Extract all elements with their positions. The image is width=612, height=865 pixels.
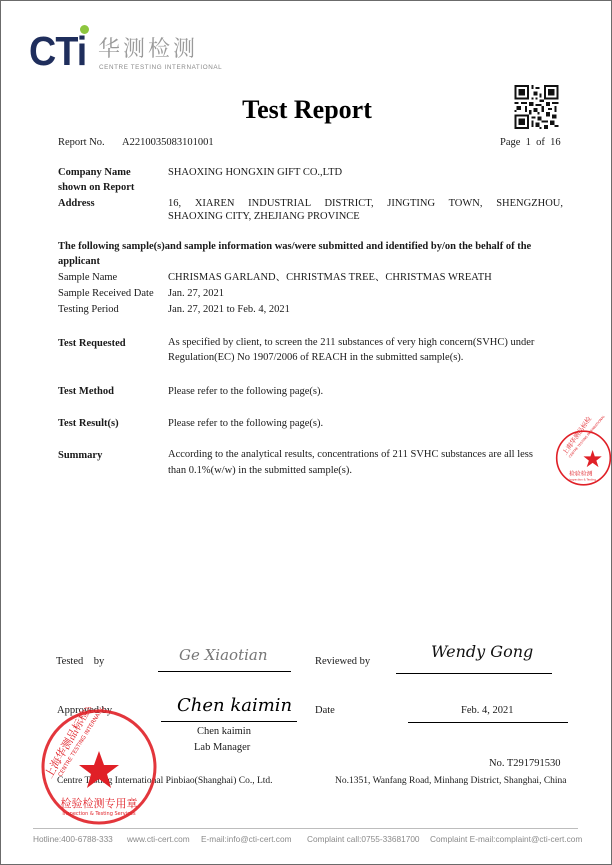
sample-received-value: Jan. 27, 2021: [168, 287, 224, 301]
sample-received-label: Sample Received Date: [58, 287, 154, 301]
page-current: 1: [526, 137, 531, 148]
logo-english-name: CENTRE TESTING INTERNATIONAL: [99, 64, 222, 71]
svg-text:Inspection & Testing: Inspection & Testing: [569, 478, 596, 482]
test-requested-line2: Regulation(EC) No 1907/2006 of REACH in …: [168, 351, 463, 365]
svg-text:检验检测: 检验检测: [569, 470, 593, 478]
footer-complaint-call: Complaint call:0755-33681700: [307, 834, 420, 844]
page-indicator: Page 1 of 16: [500, 136, 561, 150]
cti-logo-mark: CTi: [29, 31, 86, 71]
reviewed-by-label: Reviewed by: [315, 655, 370, 669]
issuer-cert-no: No. T291791530: [489, 757, 561, 771]
approved-signature-line: [161, 721, 297, 722]
seal-cn-text: 检验检测专用章: [61, 796, 138, 810]
svg-text:Inspection & Testing Services: Inspection & Testing Services: [62, 811, 136, 817]
page-of: of: [536, 137, 545, 148]
sample-intro-line1: The following sample(s)and sample inform…: [58, 240, 531, 254]
sample-name-label: Sample Name: [58, 271, 117, 285]
test-requested-label: Test Requested: [58, 337, 126, 351]
address-label: Address: [58, 197, 95, 211]
approver-name: Chen kaimin: [197, 725, 251, 739]
summary-line2: than 0.1%(w/w) in the submitted sample(s…: [168, 464, 352, 478]
test-result-label: Test Result(s): [58, 417, 119, 431]
sample-intro-line2: applicant: [58, 255, 100, 269]
tested-signature: Ge Xiaotian: [179, 646, 268, 664]
report-no-value: A2210035083101001: [122, 136, 214, 150]
summary-line1: According to the analytical results, con…: [168, 448, 533, 462]
footer-email[interactable]: E-mail:info@cti-cert.com: [201, 834, 291, 844]
approved-signature: Chen kaimin: [177, 695, 292, 716]
footer-hotline: Hotline:400-6788-333: [33, 834, 113, 844]
sample-name-value: CHRISMAS GARLAND、CHRISTMAS TREE、CHRISTMA…: [168, 271, 492, 285]
company-seal-stamp: 上海华测品标检测技术有限公司 CENTRE TESTING INTERNATIO…: [39, 707, 159, 827]
logo-chinese-name: 华测检测: [98, 37, 198, 63]
footer-divider: [33, 828, 578, 829]
approver-title: Lab Manager: [194, 741, 250, 755]
issuer-address: No.1351, Wanfang Road, Minhang District,…: [335, 774, 567, 788]
company-name-value: SHAOXING HONGXIN GIFT CO.,LTD: [168, 166, 342, 180]
address-line1: 16, XIAREN INDUSTRIAL DISTRICT, JINGTING…: [168, 197, 563, 211]
inspection-seal-stamp-right: 上海华测品标检 CENTRE TESTING INTERNATIONAL 检验检…: [554, 403, 612, 513]
test-result-value: Please refer to the following page(s).: [168, 417, 323, 431]
footer-website[interactable]: www.cti-cert.com: [127, 834, 190, 844]
report-page: CTi 华测检测 CENTRE TESTING INTERNATIONAL Te…: [0, 0, 612, 865]
report-no-label: Report No.: [58, 136, 105, 150]
page-label: Page: [500, 137, 520, 148]
page-total: 16: [550, 137, 561, 148]
date-label: Date: [315, 704, 335, 718]
reviewed-signature: Wendy Gong: [431, 642, 533, 661]
date-line: [408, 722, 568, 723]
test-method-label: Test Method: [58, 385, 114, 399]
logo-dot-icon: [80, 25, 89, 34]
footer-complaint-email[interactable]: Complaint E-mail:complaint@cti-cert.com: [430, 834, 582, 844]
company-name-label-line1: Company Name: [58, 166, 131, 180]
testing-period-value: Jan. 27, 2021 to Feb. 4, 2021: [168, 303, 290, 317]
test-requested-line1: As specified by client, to screen the 21…: [168, 336, 534, 350]
reviewed-signature-line: [396, 673, 552, 674]
testing-period-label: Testing Period: [58, 303, 119, 317]
summary-label: Summary: [58, 449, 102, 463]
address-line2: SHAOXING CITY, ZHEJIANG PROVINCE: [168, 210, 360, 224]
date-value: Feb. 4, 2021: [461, 704, 514, 718]
qr-code-icon: [514, 85, 559, 129]
tested-by-label: Tested by: [56, 655, 104, 669]
test-method-value: Please refer to the following page(s).: [168, 385, 323, 399]
tested-signature-line: [158, 671, 291, 672]
company-name-label-line2: shown on Report: [58, 181, 134, 195]
